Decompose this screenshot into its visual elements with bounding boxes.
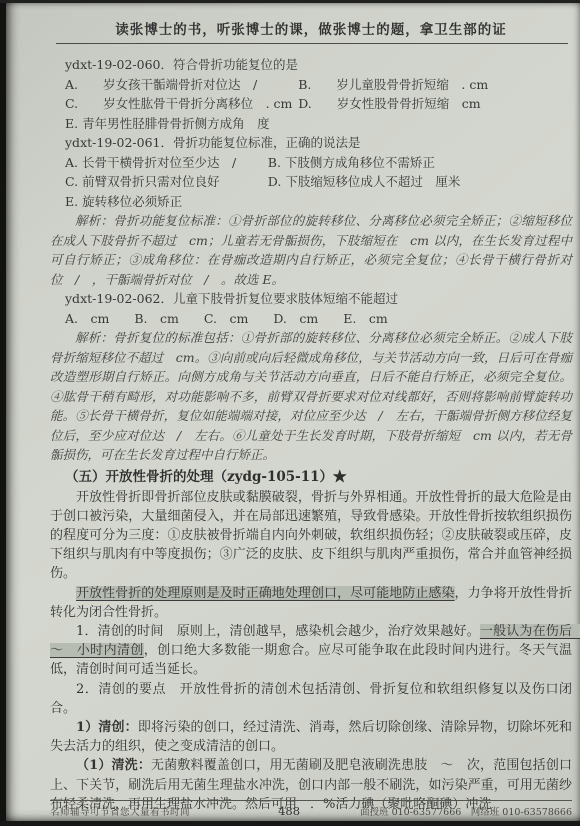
options-a-to-e: A. cm B. cm C. cm D. cm E. cm [65, 309, 388, 329]
scan-bottom-edge [0, 821, 580, 826]
question-061-options-row-1: A. 长骨干横骨折对位至少达 / B. 下肢侧方成角移位不需矫正 [50, 153, 572, 173]
question-061-options-row-2: C. 前臂双骨折只需对位良好 D. 下肢缩短移位成人不超过 厘米 [50, 172, 572, 192]
option-a: A. 长骨干横骨折对位至少达 / [65, 153, 268, 173]
question-061-analysis: 解析：骨折功能复位标准：①骨折部位的旋转移位、分离移位必须完全矫正；②缩短移位在… [50, 211, 572, 289]
option-c: C. 前臂双骨折只需对位良好 [65, 172, 268, 192]
question-061-id: ydxt-19-02-061． [65, 135, 173, 150]
section-heading: （五）开放性骨折的处理（zydg-105-11）★ [50, 467, 572, 488]
page-content: 读张博士的书，听张博士的课，做张博士的题，拿卫生部的证 ydxt-19-02-0… [0, 0, 580, 814]
question-060-options-row-2: C. 岁女性肱骨干骨折分离移位 . cm D. 岁女性股骨骨折短缩 cm [50, 94, 572, 114]
option-b: B. 下肢侧方成角移位不需矫正 [268, 153, 435, 173]
question-060-id: ydxt-19-02-060． [65, 57, 173, 72]
footer-slogan: 名师辅导可节省您大量看书时间 [50, 804, 278, 818]
option-e: E. 青年男性胫腓骨骨折侧方成角 度 [65, 114, 270, 134]
debride-label: 1）清创： [76, 720, 138, 735]
option-c: C. 岁女性肱骨干骨折分离移位 . cm [65, 94, 298, 114]
footer-contact: 面授班 010-63577666 网络班 010-63578666 [360, 804, 572, 818]
page-footer: 名师辅导可节省您大量看书时间 488 面授班 010-63577666 网络班 … [50, 800, 572, 818]
question-060-options-row-3: E. 青年男性胫腓骨骨折侧方成角 度 [50, 114, 572, 134]
question-060-text: 符合骨折功能复位的是 [173, 57, 298, 72]
debridement-step-paragraph: 1）清创：即将污染的创口，经过清洗、消毒，然后切除创缘、清除异物，切除坏死和失去… [50, 718, 572, 756]
scanned-document-page: 读张博士的书，听张博士的课，做张博士的题，拿卫生部的证 ydxt-19-02-0… [0, 0, 580, 826]
option-d: D. 岁女性股骨骨折短缩 cm [298, 94, 480, 114]
principle-highlight: 开放性骨折的处理原则是及时正确地处理创口，尽可能地防止感染 [76, 586, 455, 601]
time-pre: 1．清创的时间 原则上，清创越早，感染机会越少，治疗效果越好。 [76, 624, 480, 639]
option-a: A. 岁女孩干骺端骨折对位达 / [65, 75, 298, 95]
debridement-points-paragraph: 2．清创的要点 开放性骨折的清创术包括清创、骨折复位和软组织修复以及伤口闭合。 [50, 680, 572, 718]
option-d: D. 下肢缩短移位成人不超过 厘米 [268, 172, 461, 192]
question-060-stem: ydxt-19-02-060．符合骨折功能复位的是 [50, 55, 572, 75]
question-062-options-row: A. cm B. cm C. cm D. cm E. cm [50, 309, 572, 329]
page-header: 读张博士的书，听张博士的课，做张博士的题，拿卫生部的证 [50, 0, 572, 44]
debridement-time-paragraph: 1．清创的时间 原则上，清创越早，感染机会越少，治疗效果越好。一般认为在伤后 ～… [50, 622, 572, 680]
question-061-text: 骨折功能复位标准，正确的说法是 [173, 135, 361, 150]
question-062-id: ydxt-19-02-062． [65, 291, 173, 306]
option-e: E. 旋转移位必须矫正 [65, 192, 182, 212]
footer-rule [50, 800, 572, 801]
page-number: 488 [278, 804, 300, 818]
question-061-stem: ydxt-19-02-061．骨折功能复位标准，正确的说法是 [50, 133, 572, 153]
wash-label: （1）清洗： [76, 758, 151, 773]
question-062-stem: ydxt-19-02-062．儿童下肢骨折复位要求肢体短缩不能超过 [50, 289, 572, 309]
section-intro-paragraph: 开放性骨折即骨折部位皮肤或黏膜破裂，骨折与外界相通。开放性骨折的最大危险是由于创… [50, 488, 572, 584]
question-060-options-row-1: A. 岁女孩干骺端骨折对位达 / B. 岁儿童股骨骨折短缩 . cm [50, 75, 572, 95]
question-061-options-row-3: E. 旋转移位必须矫正 [50, 192, 572, 212]
principle-paragraph: 开放性骨折的处理原则是及时正确地处理创口，尽可能地防止感染，力争将开放性骨折转化… [50, 584, 572, 622]
question-062-text: 儿童下肢骨折复位要求肢体短缩不能超过 [173, 291, 398, 306]
header-motto: 读张博士的书，听张博士的课，做张博士的题，拿卫生部的证 [50, 18, 572, 38]
option-b: B. 岁儿童股骨骨折短缩 . cm [298, 75, 488, 95]
question-062-analysis: 解析：骨折复位的标准包括：①骨折部的旋转移位、分离移位必须完全矫正。②成人下肢骨… [50, 328, 572, 465]
document-body: ydxt-19-02-060．符合骨折功能复位的是 A. 岁女孩干骺端骨折对位达… [50, 55, 572, 814]
header-rule [56, 43, 568, 44]
footer-row: 名师辅导可节省您大量看书时间 488 面授班 010-63577666 网络班 … [50, 804, 572, 818]
